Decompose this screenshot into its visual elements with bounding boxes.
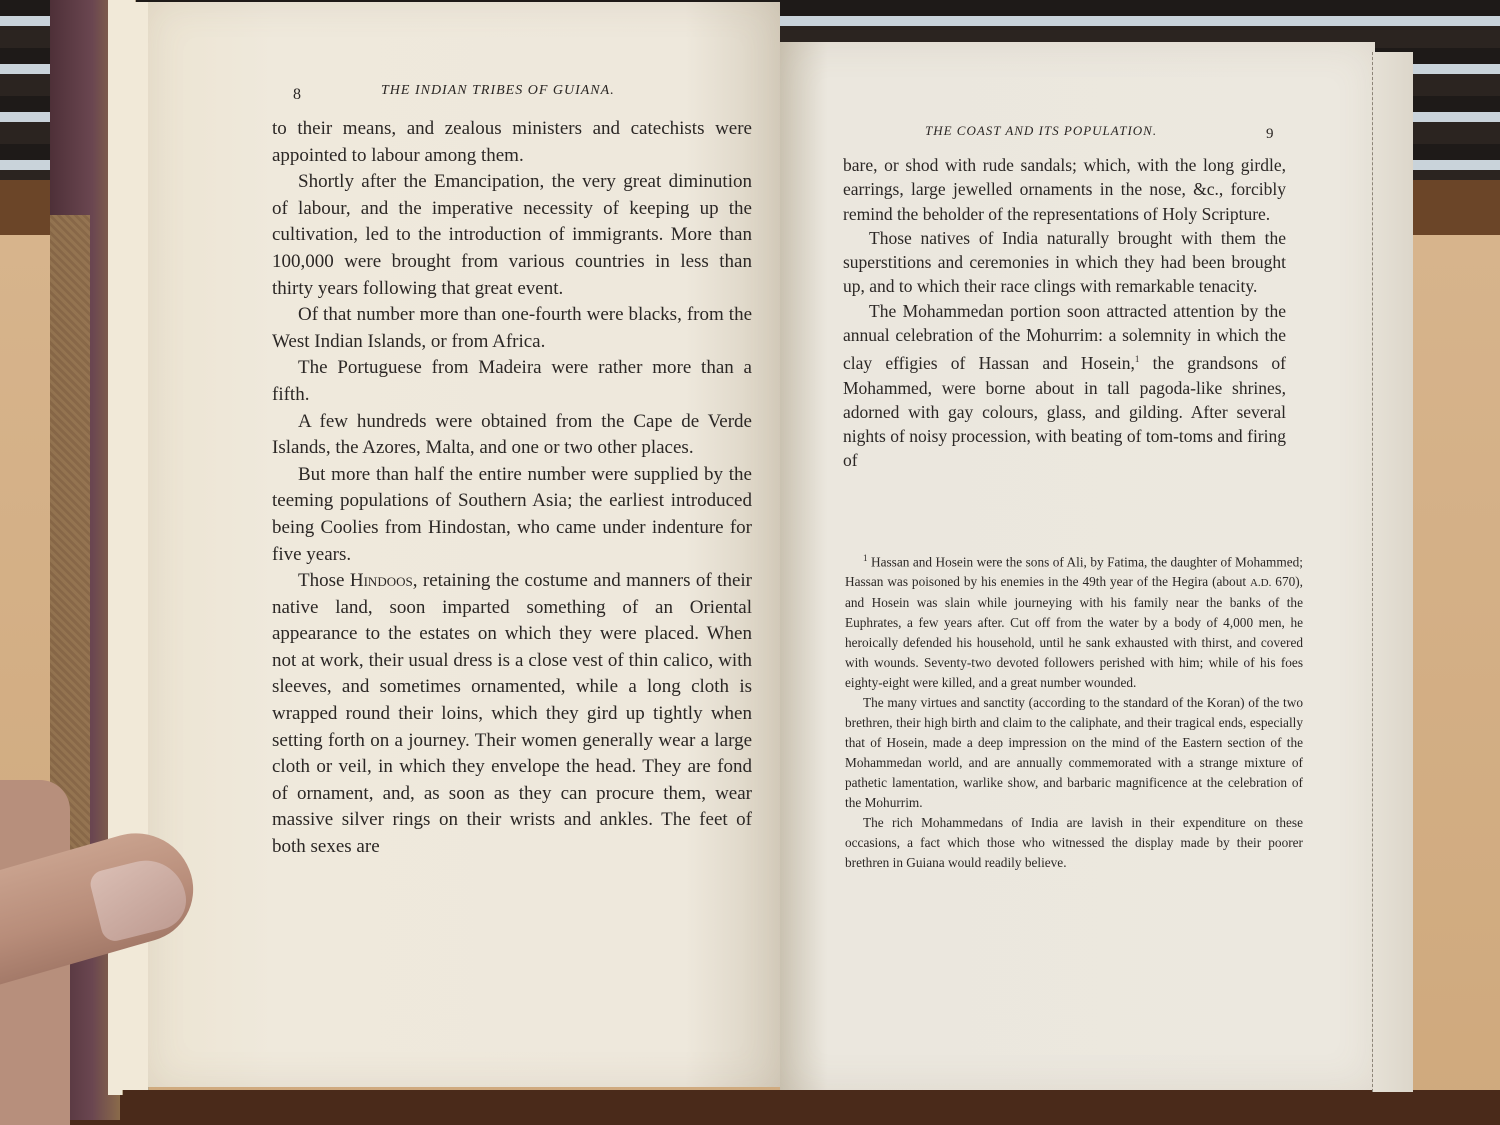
paragraph: bare, or shod with rude sandals; which, … [843, 153, 1286, 226]
paragraph: to their means, and zealous ministers an… [272, 116, 752, 169]
footnote-paragraph: The rich Mohammedans of India are lavish… [845, 813, 1303, 873]
footnote: 1 Hassan and Hosein were the sons of Ali… [845, 548, 1303, 873]
left-page-body: to their means, and zealous ministers an… [272, 116, 752, 861]
right-page-body: bare, or shod with rude sandals; which, … [843, 153, 1286, 473]
paragraph: The Portuguese from Madeira were rather … [272, 355, 752, 408]
paragraph: But more than half the entire number wer… [272, 462, 752, 568]
book-cover-cloth [50, 215, 90, 875]
paragraph: Of that number more than one-fourth were… [272, 302, 752, 355]
paragraph: Shortly after the Emancipation, the very… [272, 169, 752, 302]
footnote-paragraph: 1 Hassan and Hosein were the sons of Ali… [845, 548, 1303, 693]
right-page-edges [1372, 52, 1413, 1092]
paragraph-hindoos: Those Hindoos, retaining the costume and… [272, 568, 752, 861]
paragraph: Those natives of India naturally brought… [843, 226, 1286, 299]
paragraph: A few hundreds were obtained from the Ca… [272, 409, 752, 462]
running-head-right: THE COAST AND ITS POPULATION. [925, 123, 1157, 139]
footnote-paragraph: The many virtues and sanctity (according… [845, 693, 1303, 813]
paragraph-mohurrim: The Mohammedan portion soon attracted at… [843, 299, 1286, 473]
page-number-right: 9 [1266, 126, 1274, 143]
page-number-left: 8 [293, 86, 301, 104]
desk-edge [0, 1090, 1500, 1125]
era-abbreviation: A.D. [1250, 577, 1271, 589]
small-caps-term: Hindoos [350, 570, 413, 591]
running-head-left: THE INDIAN TRIBES OF GUIANA. [381, 83, 615, 99]
